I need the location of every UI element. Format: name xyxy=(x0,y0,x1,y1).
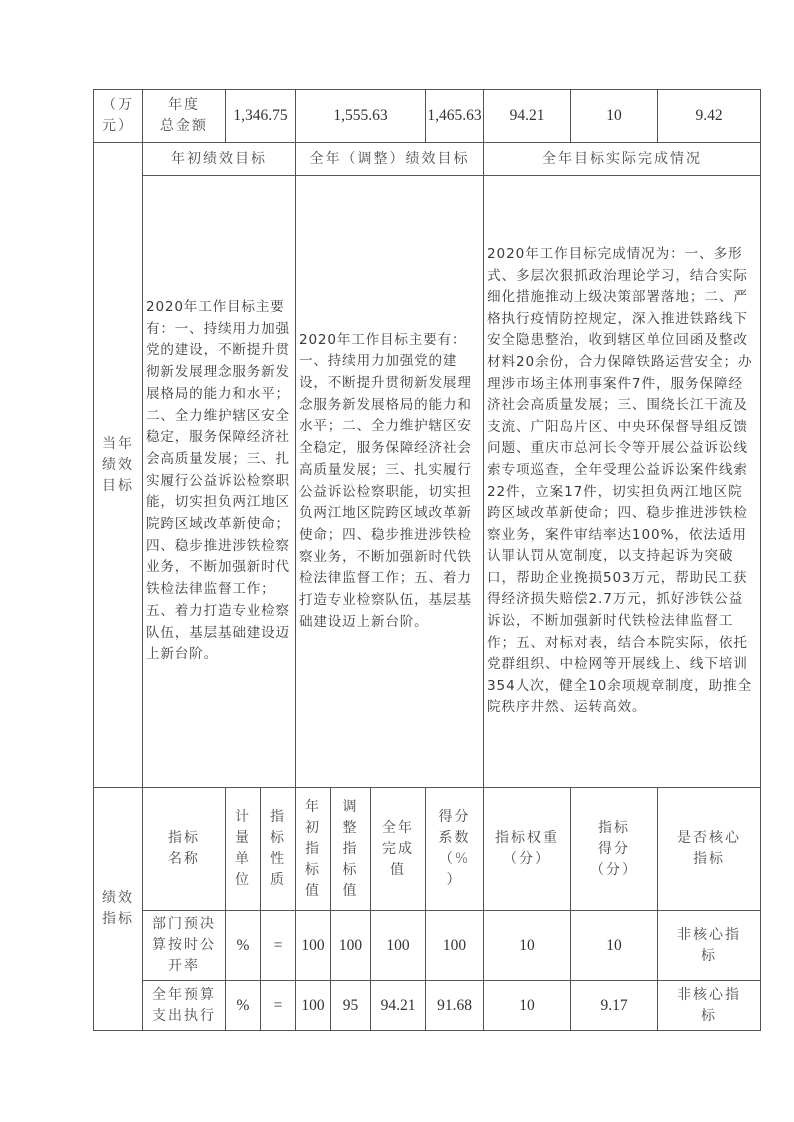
col-header-name: 指标 名称 xyxy=(143,788,226,911)
col-header-line: 完成 xyxy=(371,839,425,860)
col-header-actual: 全年 完成 值 xyxy=(371,788,426,911)
indicator-unit: % xyxy=(226,911,261,981)
indicator-weight: 10 xyxy=(484,911,571,981)
indicator-core-line: 非核心指 xyxy=(658,985,760,1006)
indicator-name-line: 支出执行 xyxy=(143,1006,225,1027)
indicator-name-line: 开率 xyxy=(143,956,225,977)
indicator-core-line: 标 xyxy=(658,946,760,967)
col-header-unit: 计 量 单 位 xyxy=(226,788,261,911)
indicator-name-line: 算按时公 xyxy=(143,935,225,956)
col-header-line: 位 xyxy=(226,870,260,891)
col-header-line: 整 xyxy=(331,818,370,839)
col-header-line: 计 xyxy=(226,807,260,828)
col-header-line: 值 xyxy=(331,881,370,902)
unit-label-line2: 元） xyxy=(94,116,142,137)
col-header-line: 得分 xyxy=(571,839,657,860)
indicator-unit: % xyxy=(226,981,261,1031)
adjusted-goals-header: 全年（调整）绩效目标 xyxy=(296,143,484,176)
table-row: 全年预算 支出执行 % = 100 95 94.21 91.68 10 9.17… xyxy=(94,981,761,1031)
side-label-line2: 绩效 xyxy=(94,455,142,476)
indicators-side-label: 绩效 指标 xyxy=(94,788,143,1031)
indicator-initial: 100 xyxy=(296,981,331,1031)
col-header-line: 年 xyxy=(296,797,330,818)
col-header-line: 初 xyxy=(296,818,330,839)
col-header-line: 系数 xyxy=(426,828,483,849)
col-header-initial: 年 初 指 标 值 xyxy=(296,788,331,911)
document-page: （万 元） 年度 总金额 1,346.75 1,555.63 1,465.63 … xyxy=(0,0,794,1122)
col-header-line: 标 xyxy=(261,828,295,849)
col-header-line: 是否核心 xyxy=(658,828,760,849)
budget-row: （万 元） 年度 总金额 1,346.75 1,555.63 1,465.63 … xyxy=(94,90,761,143)
col-header-line: 名称 xyxy=(143,849,225,870)
indicator-initial: 100 xyxy=(296,911,331,981)
col-header-adjusted: 调 整 指 标 值 xyxy=(331,788,371,911)
initial-goal-text: 2020年工作目标主要有：一、持续用力加强党的建设，不断提升贯彻新发展理念服务新… xyxy=(143,176,296,788)
side-label-line3: 目标 xyxy=(94,476,142,497)
side-label-line1: 当年 xyxy=(94,434,142,455)
col-header-line: （% xyxy=(426,849,483,870)
indicator-score: 10 xyxy=(571,911,658,981)
col-header-line: 指标 xyxy=(658,849,760,870)
indicator-weight: 10 xyxy=(484,981,571,1031)
col-header-score: 指标 得分 （分） xyxy=(571,788,658,911)
annual-goals-side-label: 当年 绩效 目标 xyxy=(94,143,143,788)
col-header-line: 指 xyxy=(296,839,330,860)
indicator-name: 全年预算 支出执行 xyxy=(143,981,226,1031)
indicator-actual: 100 xyxy=(371,911,426,981)
annual-total-line2: 总金额 xyxy=(143,116,225,137)
indicator-name: 部门预决 算按时公 开率 xyxy=(143,911,226,981)
adjusted-goal-text: 2020年工作目标主要有：一、持续用力加强党的建设，不断提升贯彻新发展理念服务新… xyxy=(296,176,484,788)
annual-total-line1: 年度 xyxy=(143,95,225,116)
indicator-nature: = xyxy=(261,911,296,981)
indicator-core: 非核心指 标 xyxy=(658,911,761,981)
weight-value: 10 xyxy=(571,90,658,143)
indicator-name-line: 部门预决 xyxy=(143,914,225,935)
unit-label-cell: （万 元） xyxy=(94,90,143,143)
goals-header-row: 当年 绩效 目标 年初绩效目标 全年（调整）绩效目标 全年目标实际完成情况 xyxy=(94,143,761,176)
score-value: 9.42 xyxy=(658,90,761,143)
col-header-line: 标 xyxy=(296,860,330,881)
indicator-actual: 94.21 xyxy=(371,981,426,1031)
indicator-core-line: 标 xyxy=(658,1006,760,1027)
col-header-weight: 指标权重 （分） xyxy=(484,788,571,911)
adjusted-budget-value: 1,555.63 xyxy=(296,90,426,143)
initial-budget-value: 1,346.75 xyxy=(226,90,296,143)
execution-rate-value: 94.21 xyxy=(484,90,571,143)
col-header-coef: 得分 系数 （% ） xyxy=(426,788,484,911)
col-header-line: 指标权重 xyxy=(484,828,570,849)
col-header-core: 是否核心 指标 xyxy=(658,788,761,911)
indicator-coef: 91.68 xyxy=(426,981,484,1031)
indicator-name-line: 全年预算 xyxy=(143,985,225,1006)
indicator-core: 非核心指 标 xyxy=(658,981,761,1031)
indicator-core-line: 非核心指 xyxy=(658,925,760,946)
side-label-line1: 绩效 xyxy=(94,888,142,909)
col-header-line: 指标 xyxy=(571,818,657,839)
col-header-nature: 指 标 性 质 xyxy=(261,788,296,911)
indicator-adjusted: 100 xyxy=(331,911,371,981)
col-header-line: 指 xyxy=(261,807,295,828)
col-header-line: 标 xyxy=(331,860,370,881)
indicator-adjusted: 95 xyxy=(331,981,371,1031)
actual-execution-value: 1,465.63 xyxy=(426,90,484,143)
col-header-line: 质 xyxy=(261,870,295,891)
table-row: 部门预决 算按时公 开率 % = 100 100 100 100 10 10 非… xyxy=(94,911,761,981)
side-label-line2: 指标 xyxy=(94,909,142,930)
actual-completion-header: 全年目标实际完成情况 xyxy=(484,143,761,176)
indicator-nature: = xyxy=(261,981,296,1031)
col-header-line: 全年 xyxy=(371,818,425,839)
col-header-line: 值 xyxy=(296,881,330,902)
annual-total-label: 年度 总金额 xyxy=(143,90,226,143)
col-header-line: 调 xyxy=(331,797,370,818)
col-header-line: 指标 xyxy=(143,828,225,849)
indicators-header-row: 绩效 指标 指标 名称 计 量 单 位 指 标 性 质 年 初 指 标 值 调 … xyxy=(94,788,761,911)
col-header-line: （分） xyxy=(484,849,570,870)
initial-goals-header: 年初绩效目标 xyxy=(143,143,296,176)
col-header-line: 单 xyxy=(226,849,260,870)
col-header-line: （分） xyxy=(571,860,657,881)
col-header-line: ） xyxy=(426,870,483,891)
performance-table: （万 元） 年度 总金额 1,346.75 1,555.63 1,465.63 … xyxy=(93,89,761,1031)
col-header-line: 值 xyxy=(371,860,425,881)
actual-completion-text: 2020年工作目标完成情况为：一、多形式、多层次狠抓政治理论学习，结合实际细化措… xyxy=(484,176,761,788)
col-header-line: 性 xyxy=(261,849,295,870)
indicator-coef: 100 xyxy=(426,911,484,981)
col-header-line: 量 xyxy=(226,828,260,849)
indicator-score: 9.17 xyxy=(571,981,658,1031)
col-header-line: 指 xyxy=(331,839,370,860)
unit-label-line1: （万 xyxy=(94,95,142,116)
col-header-line: 得分 xyxy=(426,807,483,828)
goals-body-row: 2020年工作目标主要有：一、持续用力加强党的建设，不断提升贯彻新发展理念服务新… xyxy=(94,176,761,788)
